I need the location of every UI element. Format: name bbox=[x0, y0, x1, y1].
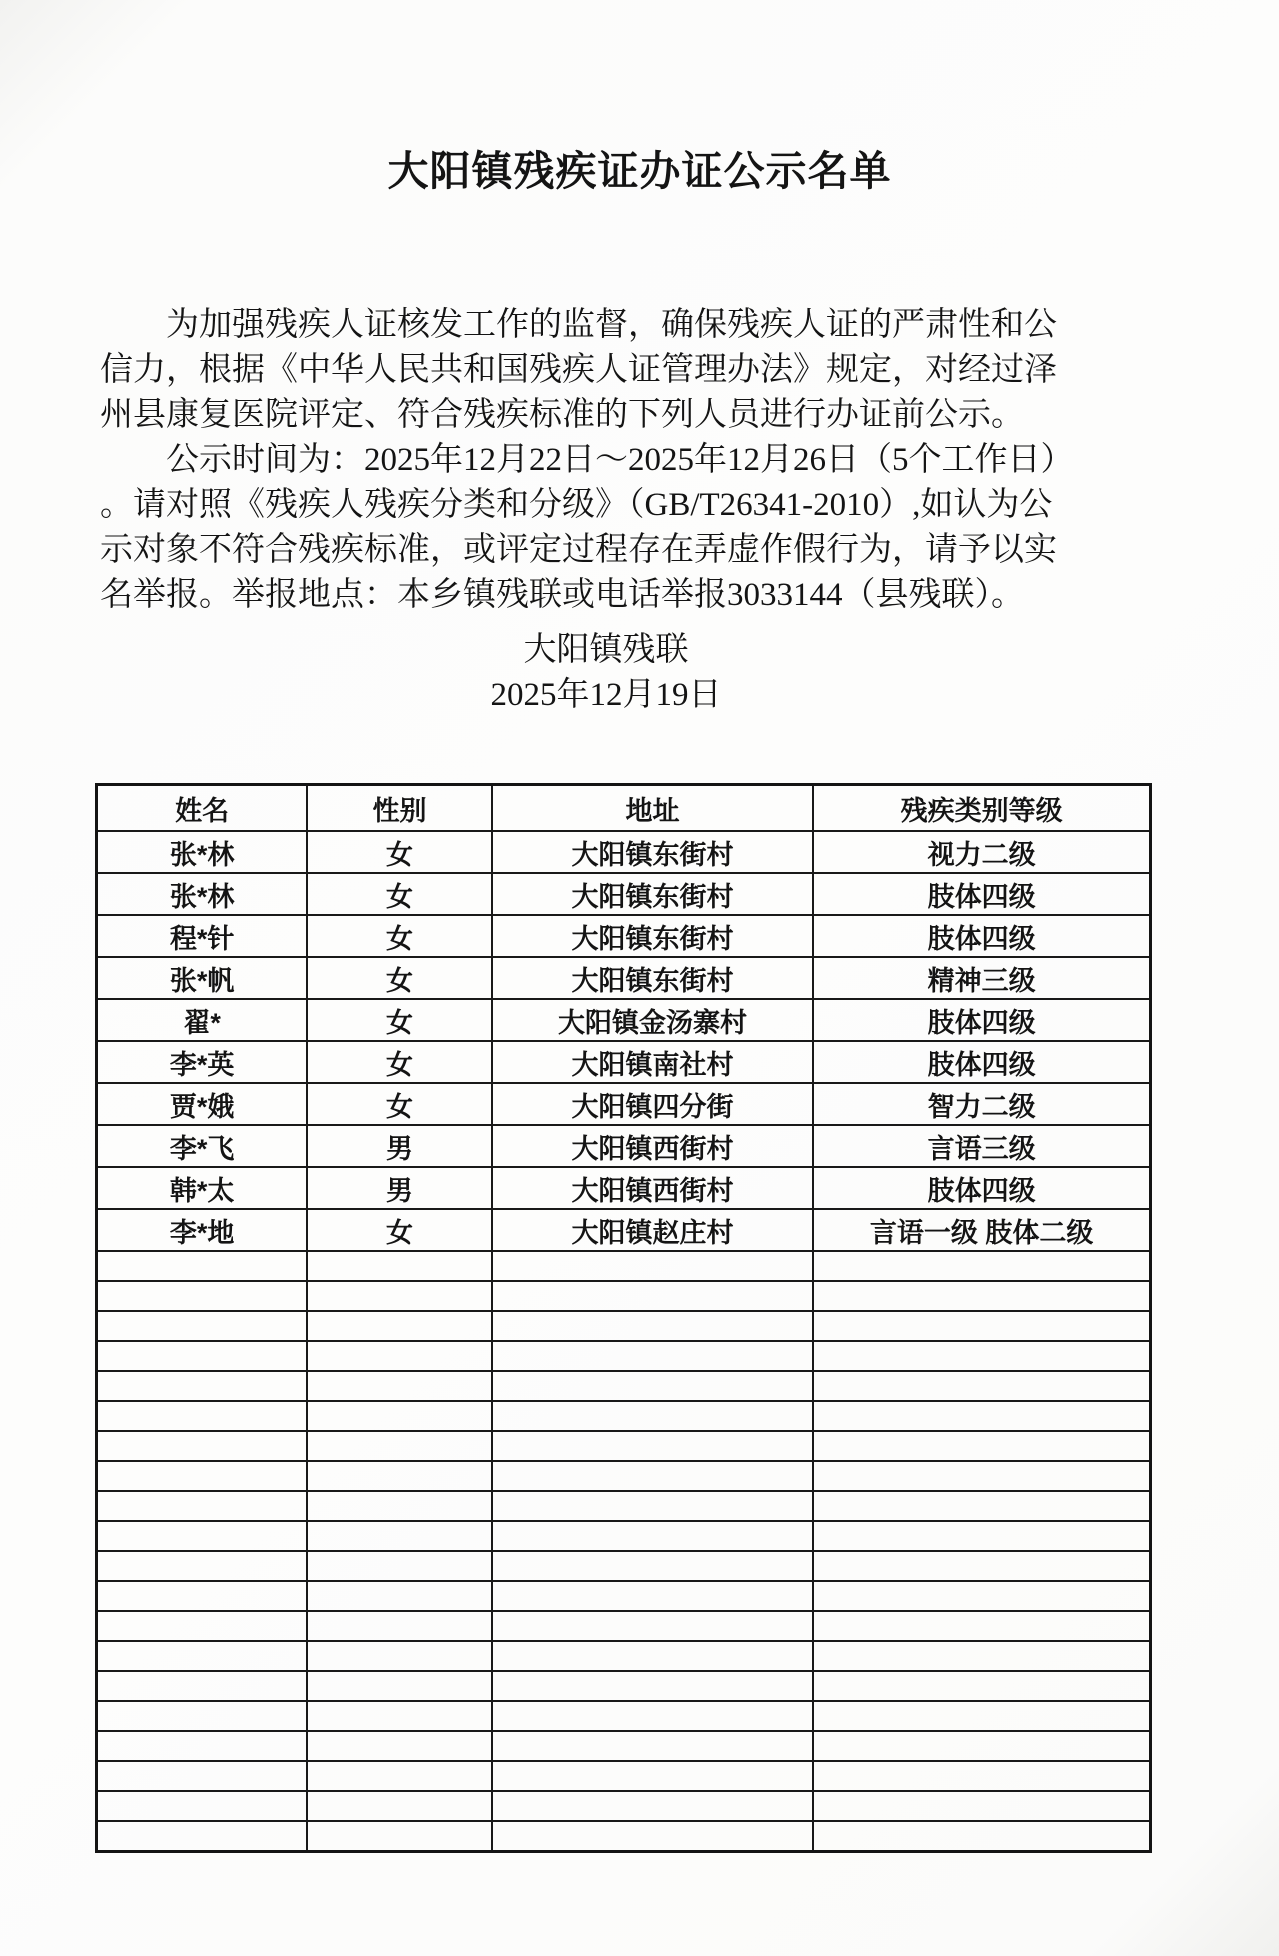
cell-empty bbox=[307, 1581, 491, 1611]
table-row-empty bbox=[97, 1341, 1151, 1371]
cell-category: 言语三级 bbox=[813, 1125, 1150, 1167]
cell-name: 韩*太 bbox=[97, 1167, 308, 1209]
signature-date: 2025年12月19日 bbox=[100, 673, 1112, 718]
cell-empty bbox=[492, 1281, 813, 1311]
table-row: 张*帆女大阳镇东街村精神三级 bbox=[97, 957, 1151, 999]
cell-empty bbox=[97, 1461, 308, 1491]
cell-address: 大阳镇东街村 bbox=[492, 915, 813, 957]
cell-gender: 女 bbox=[307, 999, 491, 1041]
table-row-empty bbox=[97, 1671, 1151, 1701]
cell-empty bbox=[97, 1311, 308, 1341]
cell-empty bbox=[97, 1761, 308, 1791]
signature-block: 大阳镇残联 2025年12月19日 bbox=[100, 628, 1112, 718]
table-row-empty bbox=[97, 1791, 1151, 1821]
cell-address: 大阳镇西街村 bbox=[492, 1125, 813, 1167]
table-row-empty bbox=[97, 1521, 1151, 1551]
cell-empty bbox=[97, 1521, 308, 1551]
cell-empty bbox=[97, 1731, 308, 1761]
cell-empty bbox=[813, 1521, 1150, 1551]
notice-body: 为加强残疾人证核发工作的监督，确保残疾人证的严肃性和公信力，根据《中华人民共和国… bbox=[100, 303, 1112, 618]
cell-name: 张*林 bbox=[97, 873, 308, 915]
cell-name: 李*地 bbox=[97, 1209, 308, 1251]
cell-empty bbox=[492, 1611, 813, 1641]
cell-empty bbox=[813, 1731, 1150, 1761]
cell-category: 肢体四级 bbox=[813, 999, 1150, 1041]
table-body: 张*林女大阳镇东街村视力二级张*林女大阳镇东街村肢体四级程*针女大阳镇东街村肢体… bbox=[97, 831, 1151, 1852]
cell-empty bbox=[307, 1641, 491, 1671]
cell-empty bbox=[492, 1821, 813, 1852]
cell-gender: 女 bbox=[307, 831, 491, 873]
cell-address: 大阳镇四分街 bbox=[492, 1083, 813, 1125]
cell-category: 智力二级 bbox=[813, 1083, 1150, 1125]
cell-address: 大阳镇金汤寨村 bbox=[492, 999, 813, 1041]
cell-empty bbox=[813, 1401, 1150, 1431]
cell-gender: 男 bbox=[307, 1167, 491, 1209]
cell-empty bbox=[307, 1671, 491, 1701]
cell-empty bbox=[97, 1341, 308, 1371]
cell-empty bbox=[307, 1761, 491, 1791]
table-row-empty bbox=[97, 1491, 1151, 1521]
cell-name: 李*英 bbox=[97, 1041, 308, 1083]
applicant-table: 姓名性别地址残疾类别等级 张*林女大阳镇东街村视力二级张*林女大阳镇东街村肢体四… bbox=[95, 783, 1152, 1853]
cell-address: 大阳镇南社村 bbox=[492, 1041, 813, 1083]
cell-category: 肢体四级 bbox=[813, 915, 1150, 957]
cell-address: 大阳镇东街村 bbox=[492, 831, 813, 873]
page-title: 大阳镇残疾证办证公示名单 bbox=[0, 138, 1279, 197]
cell-empty bbox=[97, 1431, 308, 1461]
cell-empty bbox=[307, 1821, 491, 1852]
cell-empty bbox=[97, 1281, 308, 1311]
cell-empty bbox=[492, 1671, 813, 1701]
cell-empty bbox=[492, 1251, 813, 1281]
cell-empty bbox=[307, 1401, 491, 1431]
notice-line: 示对象不符合残疾标准，或评定过程存在弄虚作假行为，请予以实 bbox=[100, 528, 1112, 573]
cell-gender: 女 bbox=[307, 915, 491, 957]
cell-gender: 男 bbox=[307, 1125, 491, 1167]
signature-org: 大阳镇残联 bbox=[100, 628, 1112, 673]
cell-empty bbox=[492, 1581, 813, 1611]
cell-empty bbox=[813, 1431, 1150, 1461]
cell-empty bbox=[97, 1701, 308, 1731]
cell-empty bbox=[492, 1731, 813, 1761]
cell-empty bbox=[813, 1791, 1150, 1821]
cell-empty bbox=[97, 1671, 308, 1701]
table-row-empty bbox=[97, 1281, 1151, 1311]
table-row: 李*飞男大阳镇西街村言语三级 bbox=[97, 1125, 1151, 1167]
cell-name: 张*林 bbox=[97, 831, 308, 873]
cell-empty bbox=[813, 1611, 1150, 1641]
cell-gender: 女 bbox=[307, 1041, 491, 1083]
notice-line: 公示时间为：2025年12月22日～2025年12月26日（5个工作日） bbox=[100, 438, 1112, 483]
cell-empty bbox=[307, 1731, 491, 1761]
cell-empty bbox=[813, 1311, 1150, 1341]
table-row: 李*英女大阳镇南社村肢体四级 bbox=[97, 1041, 1151, 1083]
cell-address: 大阳镇东街村 bbox=[492, 957, 813, 999]
cell-empty bbox=[492, 1371, 813, 1401]
cell-category: 肢体四级 bbox=[813, 1167, 1150, 1209]
table-row: 翟*女大阳镇金汤寨村肢体四级 bbox=[97, 999, 1151, 1041]
cell-gender: 女 bbox=[307, 1209, 491, 1251]
table-row-empty bbox=[97, 1551, 1151, 1581]
cell-empty bbox=[307, 1521, 491, 1551]
cell-empty bbox=[492, 1431, 813, 1461]
cell-name: 程*针 bbox=[97, 915, 308, 957]
cell-empty bbox=[492, 1521, 813, 1551]
cell-empty bbox=[307, 1461, 491, 1491]
table-row: 李*地女大阳镇赵庄村言语一级 肢体二级 bbox=[97, 1209, 1151, 1251]
notice-line: 为加强残疾人证核发工作的监督，确保残疾人证的严肃性和公 bbox=[100, 303, 1112, 348]
column-header-2: 地址 bbox=[492, 785, 813, 832]
cell-empty bbox=[813, 1581, 1150, 1611]
column-header-3: 残疾类别等级 bbox=[813, 785, 1150, 832]
cell-empty bbox=[813, 1491, 1150, 1521]
cell-empty bbox=[307, 1311, 491, 1341]
cell-empty bbox=[492, 1311, 813, 1341]
cell-name: 贾*娥 bbox=[97, 1083, 308, 1125]
cell-empty bbox=[307, 1491, 491, 1521]
table-row: 张*林女大阳镇东街村视力二级 bbox=[97, 831, 1151, 873]
cell-empty bbox=[97, 1251, 308, 1281]
table-row-empty bbox=[97, 1821, 1151, 1852]
cell-name: 李*飞 bbox=[97, 1125, 308, 1167]
table-row-empty bbox=[97, 1431, 1151, 1461]
cell-empty bbox=[97, 1401, 308, 1431]
table-row-empty bbox=[97, 1701, 1151, 1731]
cell-empty bbox=[307, 1371, 491, 1401]
cell-empty bbox=[97, 1641, 308, 1671]
table-row-empty bbox=[97, 1311, 1151, 1341]
cell-empty bbox=[492, 1551, 813, 1581]
notice-line: 名举报。举报地点：本乡镇残联或电话举报3033144（县残联）。 bbox=[100, 573, 1112, 618]
table-row: 程*针女大阳镇东街村肢体四级 bbox=[97, 915, 1151, 957]
cell-empty bbox=[307, 1281, 491, 1311]
cell-empty bbox=[492, 1701, 813, 1731]
table-row: 韩*太男大阳镇西街村肢体四级 bbox=[97, 1167, 1151, 1209]
cell-empty bbox=[492, 1791, 813, 1821]
cell-empty bbox=[307, 1791, 491, 1821]
cell-empty bbox=[492, 1401, 813, 1431]
table-row-empty bbox=[97, 1371, 1151, 1401]
notice-line: 州县康复医院评定、符合残疾标准的下列人员进行办证前公示。 bbox=[100, 393, 1112, 438]
document-page: 大阳镇残疾证办证公示名单 为加强残疾人证核发工作的监督，确保残疾人证的严肃性和公… bbox=[0, 0, 1279, 1956]
cell-empty bbox=[492, 1641, 813, 1671]
cell-empty bbox=[813, 1341, 1150, 1371]
cell-empty bbox=[813, 1461, 1150, 1491]
cell-empty bbox=[307, 1551, 491, 1581]
table-row-empty bbox=[97, 1731, 1151, 1761]
cell-category: 肢体四级 bbox=[813, 873, 1150, 915]
cell-name: 翟* bbox=[97, 999, 308, 1041]
cell-empty bbox=[492, 1491, 813, 1521]
cell-empty bbox=[307, 1251, 491, 1281]
cell-name: 张*帆 bbox=[97, 957, 308, 999]
cell-empty bbox=[307, 1701, 491, 1731]
cell-empty bbox=[813, 1641, 1150, 1671]
table-row-empty bbox=[97, 1581, 1151, 1611]
cell-gender: 女 bbox=[307, 957, 491, 999]
cell-category: 精神三级 bbox=[813, 957, 1150, 999]
column-header-0: 姓名 bbox=[97, 785, 308, 832]
cell-gender: 女 bbox=[307, 873, 491, 915]
cell-empty bbox=[97, 1821, 308, 1852]
cell-empty bbox=[97, 1611, 308, 1641]
cell-empty bbox=[492, 1761, 813, 1791]
cell-empty bbox=[97, 1491, 308, 1521]
cell-empty bbox=[813, 1281, 1150, 1311]
table-row: 张*林女大阳镇东街村肢体四级 bbox=[97, 873, 1151, 915]
cell-empty bbox=[307, 1431, 491, 1461]
table-row-empty bbox=[97, 1641, 1151, 1671]
notice-line: 信力，根据《中华人民共和国残疾人证管理办法》规定，对经过泽 bbox=[100, 348, 1112, 393]
cell-empty bbox=[813, 1371, 1150, 1401]
cell-empty bbox=[97, 1581, 308, 1611]
table-row-empty bbox=[97, 1251, 1151, 1281]
cell-empty bbox=[813, 1701, 1150, 1731]
cell-empty bbox=[813, 1761, 1150, 1791]
cell-category: 肢体四级 bbox=[813, 1041, 1150, 1083]
cell-empty bbox=[813, 1551, 1150, 1581]
cell-category: 言语一级 肢体二级 bbox=[813, 1209, 1150, 1251]
notice-line: 。请对照《残疾人残疾分类和分级》（GB/T26341-2010）,如认为公 bbox=[100, 483, 1112, 528]
table-header-row: 姓名性别地址残疾类别等级 bbox=[97, 785, 1151, 832]
table-row-empty bbox=[97, 1461, 1151, 1491]
cell-address: 大阳镇西街村 bbox=[492, 1167, 813, 1209]
cell-empty bbox=[492, 1341, 813, 1371]
column-header-1: 性别 bbox=[307, 785, 491, 832]
cell-gender: 女 bbox=[307, 1083, 491, 1125]
table-row: 贾*娥女大阳镇四分街智力二级 bbox=[97, 1083, 1151, 1125]
cell-empty bbox=[97, 1791, 308, 1821]
cell-empty bbox=[307, 1611, 491, 1641]
cell-empty bbox=[97, 1371, 308, 1401]
cell-empty bbox=[307, 1341, 491, 1371]
cell-empty bbox=[492, 1461, 813, 1491]
cell-empty bbox=[97, 1551, 308, 1581]
cell-empty bbox=[813, 1821, 1150, 1852]
table-row-empty bbox=[97, 1401, 1151, 1431]
cell-category: 视力二级 bbox=[813, 831, 1150, 873]
cell-empty bbox=[813, 1671, 1150, 1701]
cell-address: 大阳镇赵庄村 bbox=[492, 1209, 813, 1251]
cell-empty bbox=[813, 1251, 1150, 1281]
table-row-empty bbox=[97, 1611, 1151, 1641]
cell-address: 大阳镇东街村 bbox=[492, 873, 813, 915]
table-row-empty bbox=[97, 1761, 1151, 1791]
